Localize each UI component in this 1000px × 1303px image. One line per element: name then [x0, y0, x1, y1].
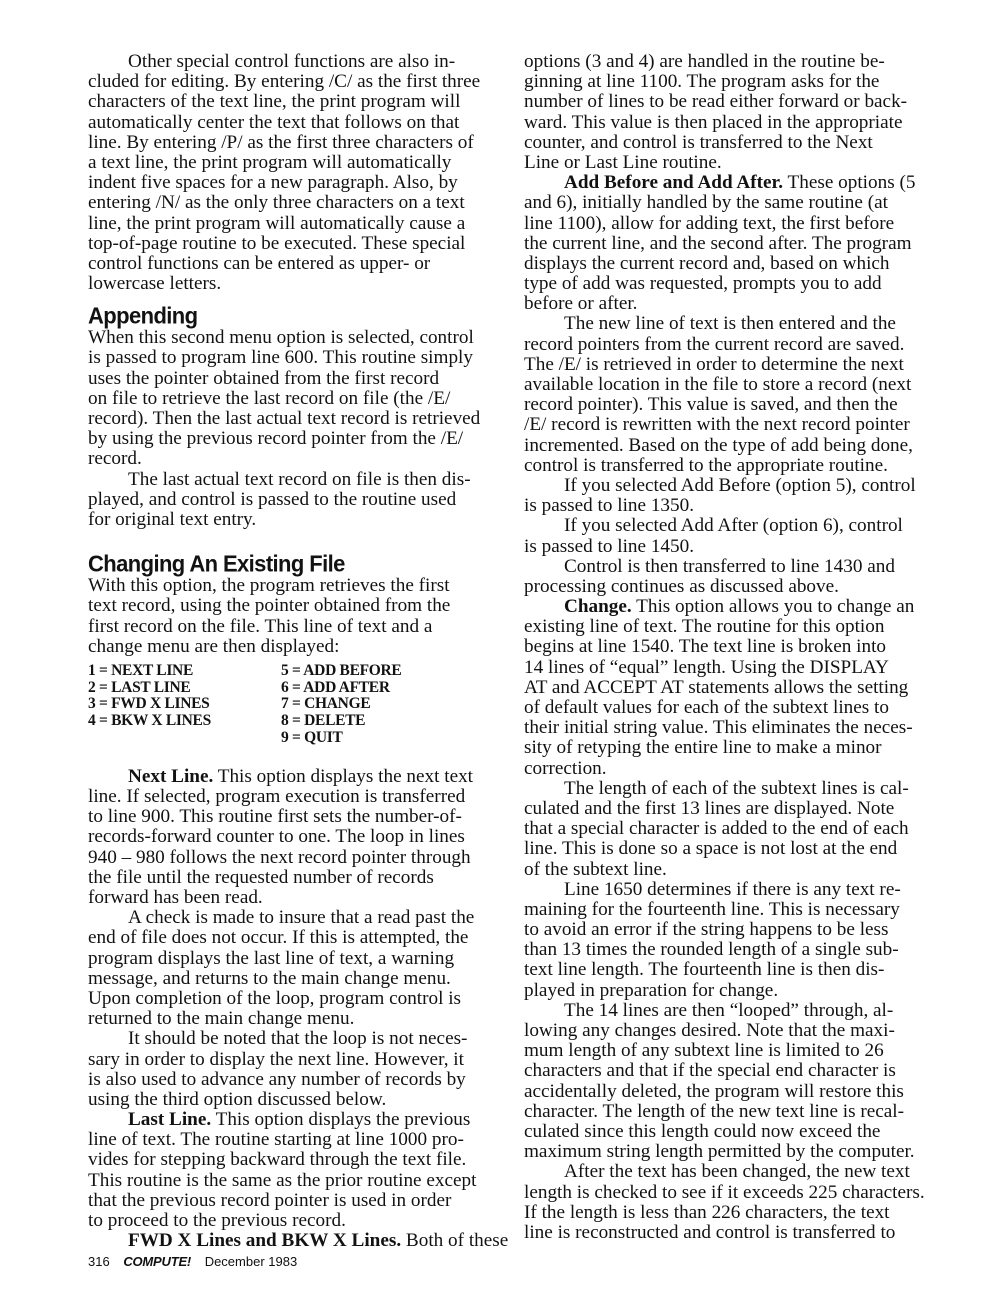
text-line: type of add was requested, prompts you t…: [524, 274, 944, 294]
text-line: If the length is less than 226 character…: [524, 1203, 944, 1223]
text-line: the current line, and the second after. …: [524, 234, 944, 254]
text-line: message, and returns to the main change …: [88, 969, 508, 989]
text-line: record pointer). This value is saved, an…: [524, 395, 944, 415]
looped-paragraph: The 14 lines are then “looped” through, …: [524, 1001, 944, 1163]
menu-option: 1 = NEXT LINE: [88, 663, 211, 680]
text-line: Other special control functions are also…: [88, 52, 508, 72]
change-menu-column-2: 5 = ADD BEFORE 6 = ADD AFTER 7 = CHANGE …: [281, 663, 401, 747]
text-line: The length of each of the subtext lines …: [524, 779, 944, 799]
text-line: using the third option discussed below.: [88, 1090, 508, 1110]
text-line: ward. This value is then placed in the a…: [524, 113, 944, 133]
section-heading-changing: Changing An Existing File: [88, 552, 508, 577]
text-line: Line 1650 determines if there is any tex…: [524, 880, 944, 900]
change-menu-column-1: 1 = NEXT LINE 2 = LAST LINE 3 = FWD X LI…: [88, 663, 211, 730]
text-line: returned to the main change menu.: [88, 1009, 508, 1029]
text-line: automatically center the text that follo…: [88, 113, 508, 133]
text-line: control functions can be entered as uppe…: [88, 254, 508, 274]
control-paragraph: Control is then transferred to line 1430…: [524, 557, 944, 597]
issue-date: December 1983: [205, 1254, 298, 1269]
text-line: that the previous record pointer is used…: [88, 1191, 508, 1211]
text-line: Next Line. This option displays the next…: [88, 767, 508, 787]
text-line: end of file does not occur. If this is a…: [88, 928, 508, 948]
text-line: After the text has been changed, the new…: [524, 1162, 944, 1182]
text-line: ginning at line 1100. The program asks f…: [524, 72, 944, 92]
text-line: maximum string length permitted by the c…: [524, 1142, 944, 1162]
appending-paragraph-2: The last actual text record on file is t…: [88, 470, 508, 531]
text-line: vides for stepping backward through the …: [88, 1150, 508, 1170]
text-line: Last Line. This option displays the prev…: [88, 1110, 508, 1130]
text-line: for original text entry.: [88, 510, 508, 530]
text-line: characters of the text line, the print p…: [88, 92, 508, 112]
text-line: available location in the file to store …: [524, 375, 944, 395]
fwd-bkw-paragraph: FWD X Lines and BKW X Lines. Both of the…: [88, 1231, 508, 1251]
text-line: Control is then transferred to line 1430…: [524, 557, 944, 577]
text-line: program displays the last line of text, …: [88, 949, 508, 969]
text-line: is also used to advance any number of re…: [88, 1070, 508, 1090]
text-line: is passed to line 1350.: [524, 496, 944, 516]
magazine-logo: COMPUTE!: [123, 1254, 191, 1269]
run-in-heading: Add Before and Add After.: [564, 172, 783, 193]
text-line: and 6), initially handled by the same ro…: [524, 193, 944, 213]
run-in-heading: FWD X Lines and BKW X Lines.: [128, 1230, 401, 1251]
text-line: line. This is done so a space is not los…: [524, 839, 944, 859]
text-line: uses the pointer obtained from the first…: [88, 369, 508, 389]
run-in-heading: Next Line.: [128, 766, 213, 787]
text-line: culated since this length could now exce…: [524, 1122, 944, 1142]
text-line: AT and ACCEPT AT statements allows the s…: [524, 678, 944, 698]
left-column: Other special control functions are also…: [88, 52, 508, 1251]
change-paragraph: Change. This option allows you to change…: [524, 597, 944, 779]
text-line: displays the current record and, based o…: [524, 254, 944, 274]
text-line: line 1100), allow for adding text, the f…: [524, 214, 944, 234]
text-line: record.: [88, 449, 508, 469]
text-line: entering /N/ as the only three character…: [88, 193, 508, 213]
menu-option: 7 = CHANGE: [281, 696, 401, 713]
text-line: line. By entering /P/ as the first three…: [88, 133, 508, 153]
text-line: record). Then the last actual text recor…: [88, 409, 508, 429]
menu-option: 5 = ADD BEFORE: [281, 663, 401, 680]
text-line: text record, using the pointer obtained …: [88, 596, 508, 616]
magazine-page: Other special control functions are also…: [0, 0, 1000, 1303]
text-line: character. The length of the new text li…: [524, 1102, 944, 1122]
text-line: line. If selected, program execution is …: [88, 787, 508, 807]
text-line: to proceed to the previous record.: [88, 1211, 508, 1231]
text-line: cluded for editing. By entering /C/ as t…: [88, 72, 508, 92]
text-line: forward has been read.: [88, 888, 508, 908]
menu-option: 3 = FWD X LINES: [88, 696, 211, 713]
noted-paragraph: It should be noted that the loop is not …: [88, 1029, 508, 1110]
text-line: top-of-page routine to be executed. Thes…: [88, 234, 508, 254]
add-before-after-paragraph: Add Before and Add After. These options …: [524, 173, 944, 314]
next-line-paragraph: Next Line. This option displays the next…: [88, 767, 508, 908]
text-line: their initial string value. This elimina…: [524, 718, 944, 738]
text-line: When this second menu option is selected…: [88, 328, 508, 348]
text-line: on file to retrieve the last record on f…: [88, 389, 508, 409]
text-line: of the subtext line.: [524, 860, 944, 880]
length-paragraph: The length of each of the subtext lines …: [524, 779, 944, 880]
line1650-paragraph: Line 1650 determines if there is any tex…: [524, 880, 944, 1001]
text-line: culated and the first 13 lines are displ…: [524, 799, 944, 819]
text-line: maining for the fourteenth line. This is…: [524, 900, 944, 920]
text-line: /E/ record is rewritten with the next re…: [524, 415, 944, 435]
text-line: correction.: [524, 759, 944, 779]
text-run: This option allows you to change an: [632, 596, 915, 617]
text-line: that a special character is added to the…: [524, 819, 944, 839]
after-paragraph: After the text has been changed, the new…: [524, 1162, 944, 1243]
text-run: Both of these: [401, 1230, 508, 1251]
text-run: This option displays the previous: [211, 1109, 470, 1130]
text-line: line of text. The routine starting at li…: [88, 1130, 508, 1150]
text-line: than 13 times the rounded length of a si…: [524, 940, 944, 960]
text-line: to line 900. This routine first sets the…: [88, 807, 508, 827]
text-line: The new line of text is then entered and…: [524, 314, 944, 334]
menu-option: 6 = ADD AFTER: [281, 680, 401, 697]
text-line: begins at line 1540. The text line is br…: [524, 637, 944, 657]
text-line: indent five spaces for a new paragraph. …: [88, 173, 508, 193]
text-line: accidentally deleted, the program will r…: [524, 1082, 944, 1102]
text-line: played in preparation for change.: [524, 981, 944, 1001]
text-line: characters and that if the special end c…: [524, 1061, 944, 1081]
appending-paragraph: When this second menu option is selected…: [88, 328, 508, 469]
text-line: mum length of any subtext line is limite…: [524, 1041, 944, 1061]
text-line: line, the print program will automatical…: [88, 214, 508, 234]
new-line-paragraph: The new line of text is then entered and…: [524, 314, 944, 476]
text-line: sity of retyping the entire line to make…: [524, 738, 944, 758]
text-line: FWD X Lines and BKW X Lines. Both of the…: [88, 1231, 508, 1251]
menu-option: 9 = QUIT: [281, 730, 401, 747]
text-line: record pointers from the current record …: [524, 335, 944, 355]
text-line: Add Before and Add After. These options …: [524, 173, 944, 193]
text-line: length is checked to see if it exceeds 2…: [524, 1183, 944, 1203]
text-line: records-forward counter to one. The loop…: [88, 827, 508, 847]
menu-option: 2 = LAST LINE: [88, 680, 211, 697]
last-line-paragraph: Last Line. This option displays the prev…: [88, 1110, 508, 1231]
text-line: counter, and control is transferred to t…: [524, 133, 944, 153]
text-line: change menu are then displayed:: [88, 637, 508, 657]
check-paragraph: A check is made to insure that a read pa…: [88, 908, 508, 1029]
text-line: lowing any changes desired. Note that th…: [524, 1021, 944, 1041]
intro-paragraph: Other special control functions are also…: [88, 52, 508, 294]
text-line: incremented. Based on the type of add be…: [524, 436, 944, 456]
add-before-paragraph: If you selected Add Before (option 5), c…: [524, 476, 944, 516]
text-line: A check is made to insure that a read pa…: [88, 908, 508, 928]
text-line: to avoid an error if the string happens …: [524, 920, 944, 940]
right-column: options (3 and 4) are handled in the rou…: [524, 52, 944, 1243]
text-line: With this option, the program retrieves …: [88, 576, 508, 596]
menu-option: 4 = BKW X LINES: [88, 713, 211, 730]
text-line: control is transferred to the appropriat…: [524, 456, 944, 476]
text-line: options (3 and 4) are handled in the rou…: [524, 52, 944, 72]
text-line: of default values for each of the subtex…: [524, 698, 944, 718]
text-line: processing continues as discussed above.: [524, 577, 944, 597]
text-line: existing line of text. The routine for t…: [524, 617, 944, 637]
run-in-heading: Last Line.: [128, 1109, 211, 1130]
text-line: text line length. The fourteenth line is…: [524, 960, 944, 980]
text-line: before or after.: [524, 294, 944, 314]
text-line: This routine is the same as the prior ro…: [88, 1171, 508, 1191]
changing-paragraph: With this option, the program retrieves …: [88, 576, 508, 657]
text-line: is passed to program line 600. This rout…: [88, 348, 508, 368]
text-line: the file until the requested number of r…: [88, 868, 508, 888]
text-line: first record on the file. This line of t…: [88, 617, 508, 637]
text-line: is passed to line 1450.: [524, 537, 944, 557]
text-line: Upon completion of the loop, program con…: [88, 989, 508, 1009]
text-line: played, and control is passed to the rou…: [88, 490, 508, 510]
text-line: 940 – 980 follows the next record pointe…: [88, 848, 508, 868]
run-in-heading: Change.: [564, 596, 632, 617]
text-line: Change. This option allows you to change…: [524, 597, 944, 617]
page-number: 316: [88, 1254, 110, 1269]
page-footer: 316 COMPUTE! December 1983: [88, 1254, 297, 1269]
text-line: Line or Last Line routine.: [524, 153, 944, 173]
text-line: It should be noted that the loop is not …: [88, 1029, 508, 1049]
text-line: 14 lines of “equal” length. Using the DI…: [524, 658, 944, 678]
text-run: These options (5: [783, 172, 915, 193]
text-line: sary in order to display the next line. …: [88, 1050, 508, 1070]
text-line: If you selected Add Before (option 5), c…: [524, 476, 944, 496]
fwd-bkw-continued-paragraph: options (3 and 4) are handled in the rou…: [524, 52, 944, 173]
change-menu-listing: 1 = NEXT LINE 2 = LAST LINE 3 = FWD X LI…: [88, 663, 508, 767]
text-line: a text line, the print program will auto…: [88, 153, 508, 173]
text-line: The last actual text record on file is t…: [88, 470, 508, 490]
text-line: The /E/ is retrieved in order to determi…: [524, 355, 944, 375]
text-line: number of lines to be read either forwar…: [524, 92, 944, 112]
section-heading-appending: Appending: [88, 304, 508, 329]
text-run: This option displays the next text: [213, 766, 473, 787]
text-line: by using the previous record pointer fro…: [88, 429, 508, 449]
menu-option: 8 = DELETE: [281, 713, 401, 730]
text-line: lowercase letters.: [88, 274, 508, 294]
text-line: If you selected Add After (option 6), co…: [524, 516, 944, 536]
text-line: line is reconstructed and control is tra…: [524, 1223, 944, 1243]
text-line: The 14 lines are then “looped” through, …: [524, 1001, 944, 1021]
add-after-paragraph: If you selected Add After (option 6), co…: [524, 516, 944, 556]
